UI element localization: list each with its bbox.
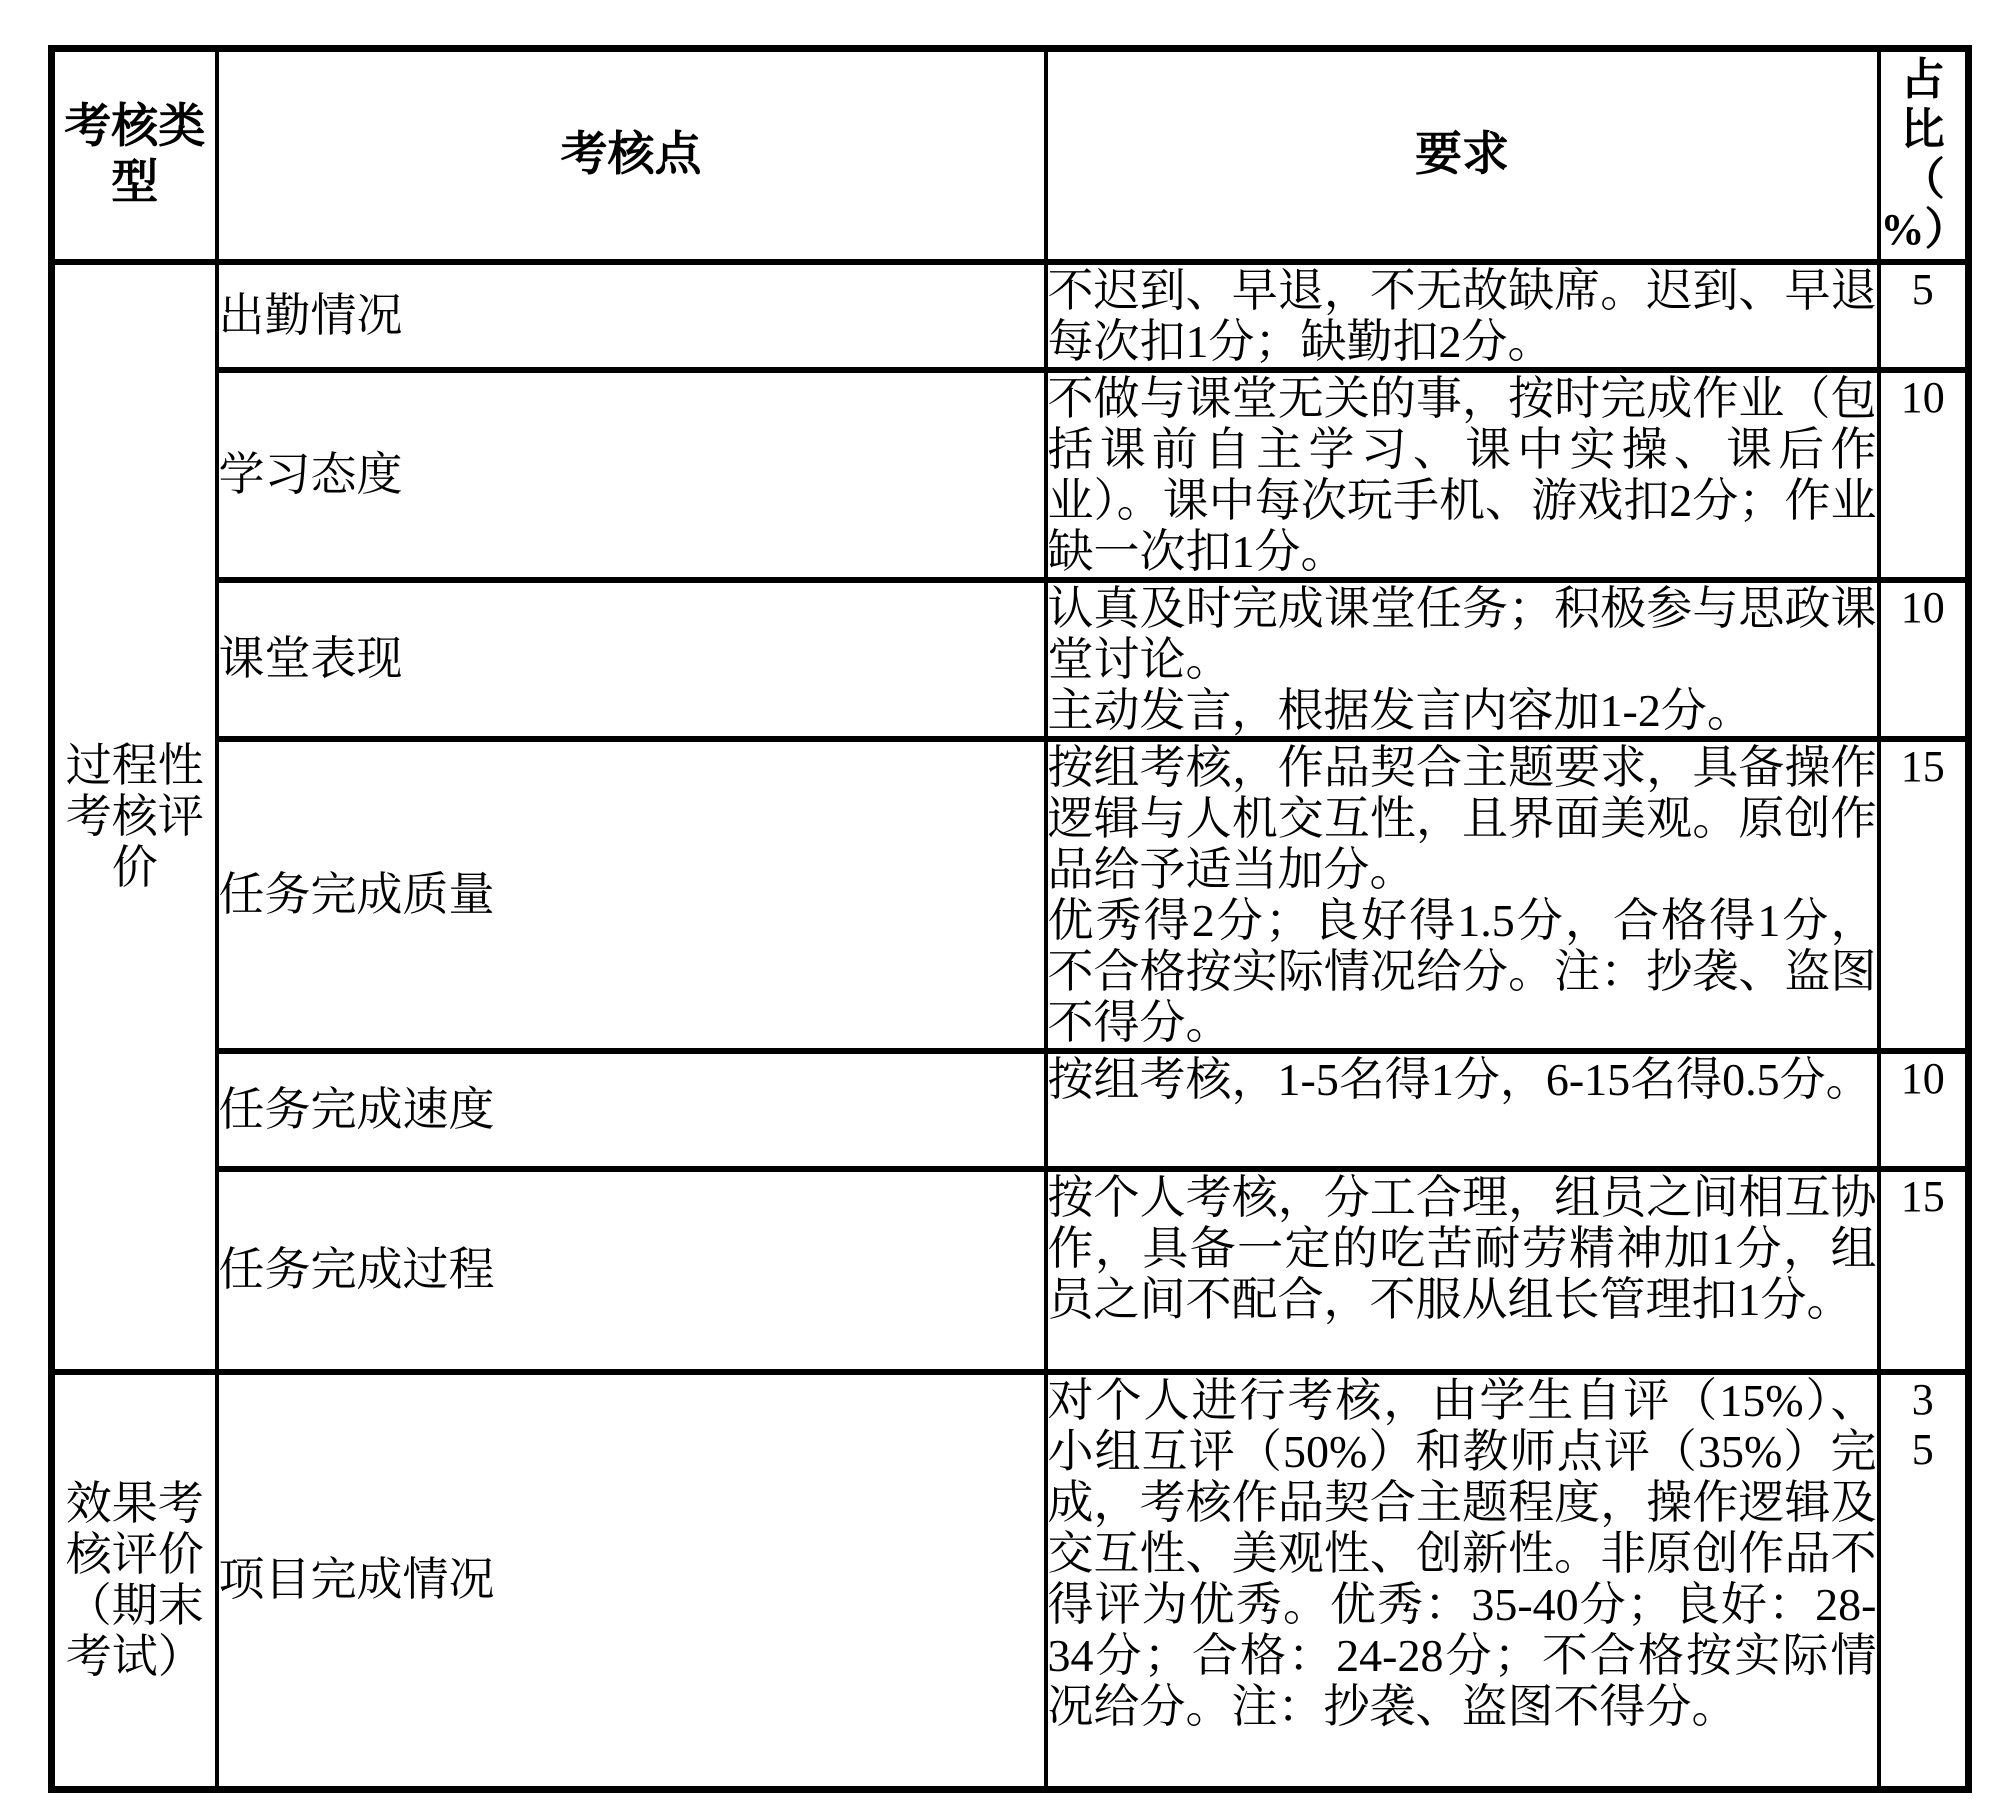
point-cell: 项目完成情况 bbox=[217, 1372, 1046, 1790]
requirement-cell: 按组考核，1-5名得1分，6-15名得0.5分。 bbox=[1046, 1051, 1879, 1169]
pct-cell: 15 bbox=[1879, 1169, 1969, 1372]
pct-cell: 10 bbox=[1879, 370, 1969, 580]
point-cell: 任务完成过程 bbox=[217, 1169, 1046, 1372]
requirement-cell: 不做与课堂无关的事，按时完成作业（包括课前自主学习、课中实操、课后作业）。课中每… bbox=[1046, 370, 1879, 580]
requirement-cell: 不迟到、早退，不无故缺席。迟到、早退每次扣1分；缺勤扣2分。 bbox=[1046, 262, 1879, 370]
pct-cell: 10 bbox=[1879, 1051, 1969, 1169]
requirement-cell: 认真及时完成课堂任务；积极参与思政课堂讨论。 主动发言，根据发言内容加1-2分。 bbox=[1046, 580, 1879, 739]
table-row: 任务完成过程 按个人考核，分工合理，组员之间相互协作，具备一定的吃苦耐劳精神加1… bbox=[52, 1169, 1969, 1372]
point-cell: 课堂表现 bbox=[217, 580, 1046, 739]
header-pct: 占 比 （ %） bbox=[1879, 49, 1969, 262]
table-row: 课堂表现 认真及时完成课堂任务；积极参与思政课堂讨论。 主动发言，根据发言内容加… bbox=[52, 580, 1969, 739]
group-cell-process: 过程性考核评价 bbox=[52, 262, 217, 1372]
requirement-cell: 对个人进行考核，由学生自评（15%）、小组互评（50%）和教师点评（35%）完成… bbox=[1046, 1372, 1879, 1790]
point-cell: 任务完成质量 bbox=[217, 739, 1046, 1051]
table-row: 任务完成质量 按组考核，作品契合主题要求，具备操作逻辑与人机交互性，且界面美观。… bbox=[52, 739, 1969, 1051]
point-cell: 出勤情况 bbox=[217, 262, 1046, 370]
pct-cell: 5 bbox=[1879, 262, 1969, 370]
table-row: 过程性考核评价 出勤情况 不迟到、早退，不无故缺席。迟到、早退每次扣1分；缺勤扣… bbox=[52, 262, 1969, 370]
table-row: 任务完成速度 按组考核，1-5名得1分，6-15名得0.5分。 10 bbox=[52, 1051, 1969, 1169]
header-requirement: 要求 bbox=[1046, 49, 1879, 262]
pct-cell: 3 5 bbox=[1879, 1372, 1969, 1790]
pct-cell: 10 bbox=[1879, 580, 1969, 739]
document-page: 考核类型 考核点 要求 占 比 （ %） 过程性考核评价 出勤情况 不迟到、早退… bbox=[0, 0, 2000, 1815]
header-type: 考核类型 bbox=[52, 49, 217, 262]
group-cell-result: 效果考核评价（期末考试） bbox=[52, 1372, 217, 1790]
table-row: 效果考核评价（期末考试） 项目完成情况 对个人进行考核，由学生自评（15%）、小… bbox=[52, 1372, 1969, 1790]
requirement-cell: 按个人考核，分工合理，组员之间相互协作，具备一定的吃苦耐劳精神加1分，组员之间不… bbox=[1046, 1169, 1879, 1372]
requirement-cell: 按组考核，作品契合主题要求，具备操作逻辑与人机交互性，且界面美观。原创作品给予适… bbox=[1046, 739, 1879, 1051]
header-point: 考核点 bbox=[217, 49, 1046, 262]
assessment-table: 考核类型 考核点 要求 占 比 （ %） 过程性考核评价 出勤情况 不迟到、早退… bbox=[48, 45, 1972, 1793]
pct-cell: 15 bbox=[1879, 739, 1969, 1051]
header-row: 考核类型 考核点 要求 占 比 （ %） bbox=[52, 49, 1969, 262]
point-cell: 任务完成速度 bbox=[217, 1051, 1046, 1169]
point-cell: 学习态度 bbox=[217, 370, 1046, 580]
table-row: 学习态度 不做与课堂无关的事，按时完成作业（包括课前自主学习、课中实操、课后作业… bbox=[52, 370, 1969, 580]
